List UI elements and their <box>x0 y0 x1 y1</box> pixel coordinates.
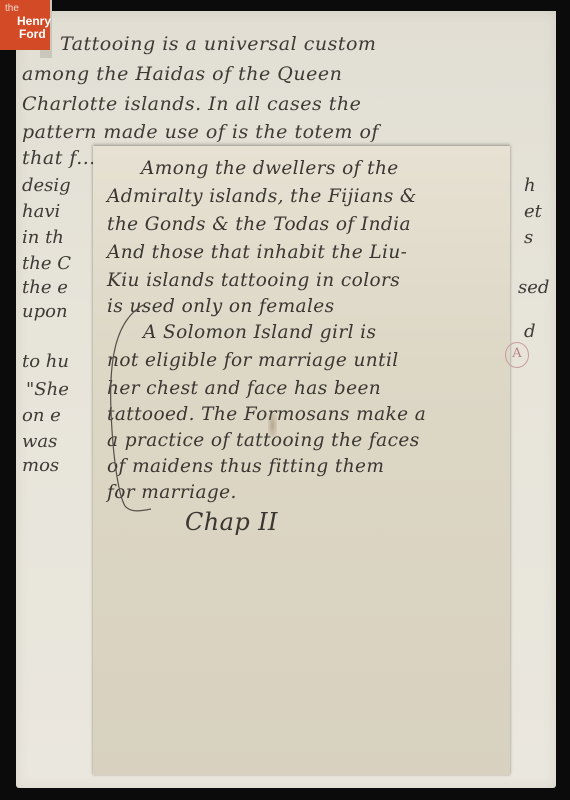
margin-fragment: was <box>22 431 57 452</box>
margin-fragment: in th <box>22 227 64 248</box>
margin-fragment: upon <box>22 301 68 322</box>
back-line: Charlotte islands. In all cases the <box>22 93 361 115</box>
margin-fragment: to hu <box>22 351 69 372</box>
margin-fragment: s <box>524 227 533 248</box>
note-line: A Solomon Island girl is <box>143 322 376 343</box>
note-line: Admiralty islands, the Fijians & <box>107 186 417 207</box>
margin-fragment: et <box>524 201 542 222</box>
margin-fragment: havi <box>22 201 60 222</box>
chapter-note: Chap II <box>185 508 278 536</box>
logo-line-ford: Ford <box>5 28 50 40</box>
note-line: the Gonds & the Todas of India <box>107 214 411 235</box>
margin-bracket-mark <box>95 301 155 521</box>
logo-line-henry: Henry <box>5 15 50 27</box>
front-note-card: Among the dwellers of the Admiralty isla… <box>93 146 510 775</box>
margin-fragment: h <box>524 175 536 196</box>
margin-fragment: the C <box>22 253 71 274</box>
back-line: pattern made use of is the totem of <box>22 121 379 143</box>
margin-fragment: "She <box>26 379 69 400</box>
margin-fragment: the e <box>22 277 68 298</box>
note-line: Kiu islands tattooing in colors <box>107 270 400 291</box>
note-line: And those that inhabit the Liu- <box>107 242 407 263</box>
back-line: among the Haidas of the Queen <box>22 63 342 85</box>
back-line: Tattooing is a universal custom <box>60 33 376 55</box>
margin-fragment: desig <box>22 175 71 196</box>
note-line: Among the dwellers of the <box>141 158 399 179</box>
margin-fragment: d <box>524 321 536 342</box>
margin-fragment: on e <box>22 405 61 426</box>
circled-annotation-mark: A <box>505 342 529 368</box>
margin-fragment: mos <box>22 455 59 476</box>
henry-ford-logo: the Henry Ford <box>0 0 50 50</box>
paper-stain <box>268 413 277 437</box>
margin-fragment: sed <box>518 277 549 298</box>
logo-line-the: the <box>5 4 50 14</box>
